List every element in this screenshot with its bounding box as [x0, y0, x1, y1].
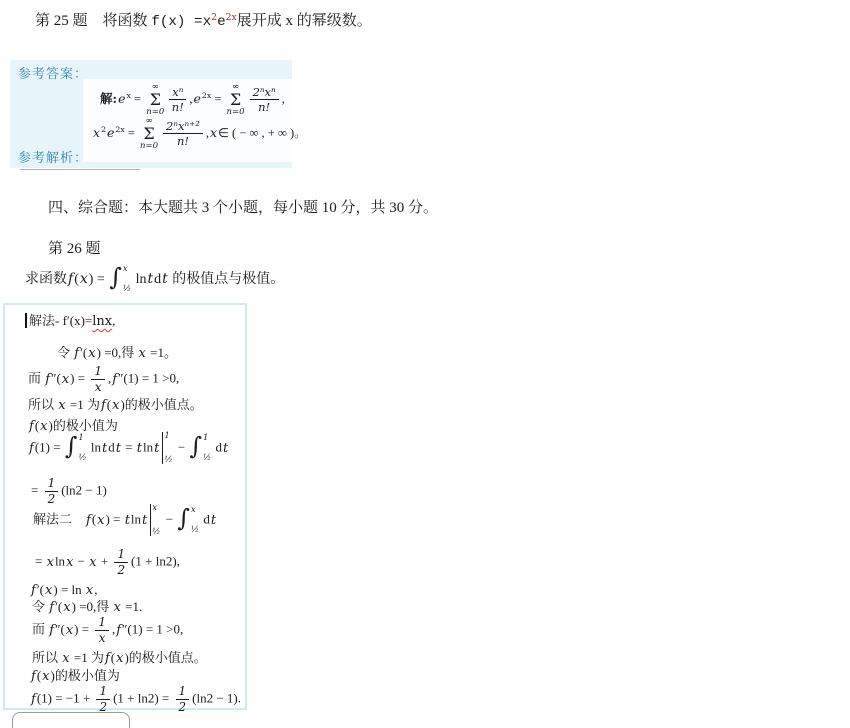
- solution-line: = 12(ln2 − 1): [31, 477, 107, 505]
- reference-answer-panel: 参考答案： 解:ex = ∞Σn=0xⁿn!,e2x = ∞Σn=02ⁿxⁿn!…: [10, 60, 292, 168]
- solution-line: 解法二 f(x) = tlntx½ − ∫x½ dt: [33, 504, 217, 536]
- solution-line: 所以 x =1 为f(x)的极小值点。: [28, 397, 203, 414]
- solution-line: f(1) = ∫1½ lntdt = tlnt1½ − ∫1½ dt: [28, 432, 229, 464]
- solution-line: = xlnx − x + 12(1 + ln2),: [35, 548, 180, 576]
- page: 第 25 题 将函数 f(x) =x2e2x展开成 x 的幂级数。 参考答案： …: [0, 0, 850, 728]
- question-26-prompt: 求函数f(x) = ∫x½ lntdt 的极值点与极值。: [25, 265, 284, 293]
- solution-line: 令 f′(x) =0,得 x =1。: [57, 345, 177, 362]
- solution-line: f(1) = −1 + 12(1 + ln2) = 12(ln2 − 1).: [30, 685, 241, 713]
- solution-line: f(x)的极小值为: [30, 668, 120, 685]
- reference-analysis-label: 参考解析：: [18, 147, 88, 166]
- question-26-number: 第 26 题: [48, 237, 101, 258]
- solution-line: 解法- f′(x)=lnx,: [25, 313, 115, 330]
- solution-line: f′(x) = ln x,: [30, 582, 97, 599]
- partial-element-bottom: [12, 712, 130, 728]
- divider-line: [20, 169, 140, 170]
- solution-line: 而 f″(x) = 1x,f″(1) = 1 >0,: [28, 365, 179, 393]
- solution-line: 令 f′(x) =0,得 x =1.: [32, 599, 142, 616]
- solution-line: 所以 x =1 为f(x)的极小值点。: [32, 650, 207, 667]
- solution-line: 而 f″(x) = 1x,f″(1) = 1 >0,: [32, 616, 183, 644]
- answer-formula-line-1: 解:ex = ∞Σn=0xⁿn!,e2x = ∞Σn=02ⁿxⁿn!,: [100, 83, 285, 116]
- reference-answer-label: 参考答案：: [18, 63, 88, 82]
- answer-formula-image: 解:ex = ∞Σn=0xⁿn!,e2x = ∞Σn=02ⁿxⁿn!, x2e2…: [83, 79, 292, 162]
- question-25-title: 第 25 题 将函数 f(x) =x2e2x展开成 x 的幂级数。: [35, 11, 372, 32]
- solution-editor-box[interactable]: 解法- f′(x)=lnx, 令 f′(x) =0,得 x =1。 而 f″(x…: [3, 303, 247, 710]
- section-4-heading: 四、综合题：本大题共 3 个小题，每小题 10 分，共 30 分。: [48, 196, 438, 217]
- answer-formula-line-2: x2e2x = ∞Σn=02ⁿxⁿ⁺²n!,x∈ ( − ∞ , + ∞ )。: [92, 117, 307, 150]
